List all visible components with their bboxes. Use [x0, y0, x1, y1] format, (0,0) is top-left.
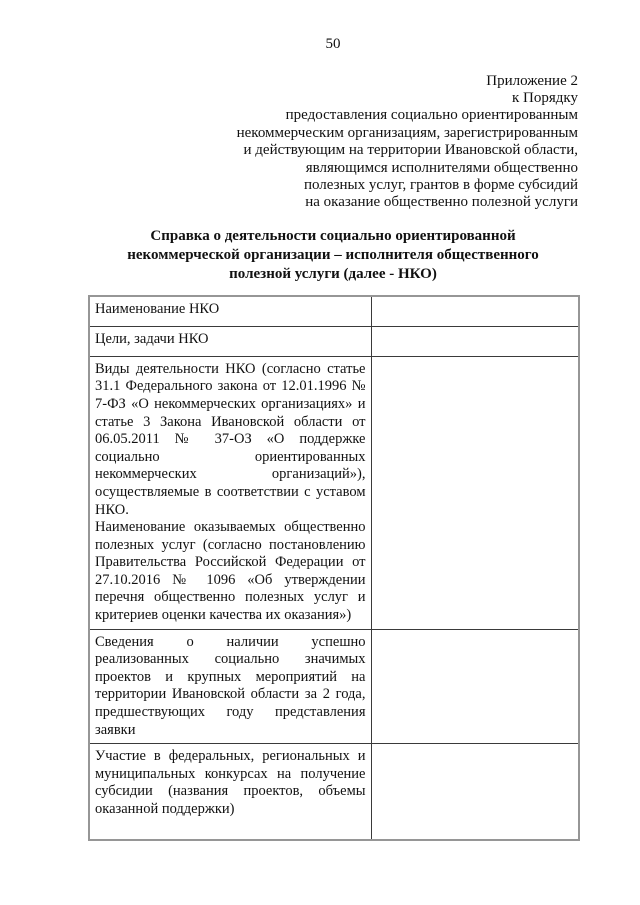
row-label: Участие в федеральных, региональных и му… — [95, 748, 366, 818]
appendix-header-line: полезных услуг, грантов в форме субсидий — [88, 177, 578, 194]
appendix-header-line: предоставления социально ориентированным — [88, 107, 578, 124]
document-title-line: полезной услуги (далее - НКО) — [88, 265, 578, 284]
document-page: 50 Приложение 2 к Порядку предоставления… — [0, 0, 640, 841]
row-value-cell — [371, 296, 579, 327]
table-row-goals: Цели, задачи НКО — [89, 326, 579, 356]
table-row-projects: Сведения о наличии успешно реализованных… — [89, 629, 579, 744]
nko-info-table: Наименование НКО Цели, задачи НКО Виды д… — [88, 295, 580, 841]
row-value-cell — [371, 326, 579, 356]
content-area: 50 Приложение 2 к Порядку предоставления… — [88, 0, 578, 841]
appendix-header-line: Приложение 2 — [88, 73, 578, 90]
row-label: Наименование НКО — [95, 301, 366, 319]
row-label: Сведения о наличии успешно реализованных… — [95, 634, 366, 740]
row-label-paragraph: Наименование оказываемых общественно пол… — [95, 519, 366, 625]
document-title-line: Справка о деятельности социально ориенти… — [88, 227, 578, 246]
row-label-cell: Сведения о наличии успешно реализованных… — [89, 629, 371, 744]
row-label-cell: Виды деятельности НКО (согласно статье 3… — [89, 356, 371, 629]
appendix-header: Приложение 2 к Порядку предоставления со… — [88, 73, 578, 212]
table-row-activities: Виды деятельности НКО (согласно статье 3… — [89, 356, 579, 629]
row-label-cell: Участие в федеральных, региональных и му… — [89, 744, 371, 841]
appendix-header-line: некоммерческим организациям, зарегистрир… — [88, 125, 578, 142]
row-value-cell — [371, 356, 579, 629]
table-row-nko-name: Наименование НКО — [89, 296, 579, 327]
appendix-header-line: на оказание общественно полезной услуги — [88, 194, 578, 211]
appendix-header-line: являющимся исполнителями общественно — [88, 160, 578, 177]
table-row-contests: Участие в федеральных, региональных и му… — [89, 744, 579, 841]
row-label-cell: Наименование НКО — [89, 296, 371, 327]
page-number: 50 — [88, 0, 578, 54]
row-label-cell: Цели, задачи НКО — [89, 326, 371, 356]
appendix-header-line: к Порядку — [88, 90, 578, 107]
document-title-line: некоммерческой организации – исполнителя… — [88, 246, 578, 265]
document-title: Справка о деятельности социально ориенти… — [88, 227, 578, 284]
row-value-cell — [371, 629, 579, 744]
row-value-cell — [371, 744, 579, 841]
row-label-paragraph: Виды деятельности НКО (согласно статье 3… — [95, 361, 366, 519]
appendix-header-line: и действующим на территории Ивановской о… — [88, 142, 578, 159]
row-label: Цели, задачи НКО — [95, 331, 366, 349]
